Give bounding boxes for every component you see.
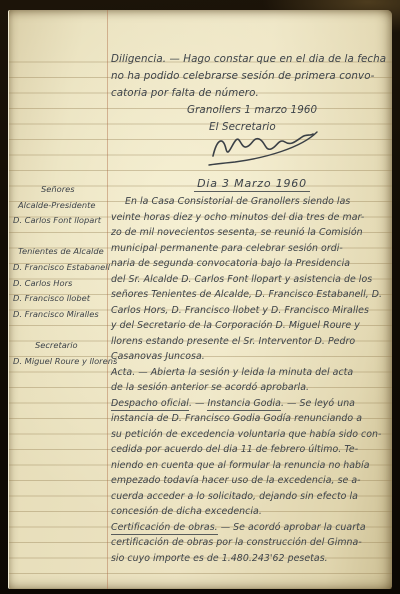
session-line: llorens estando presente el Sr. Interven… xyxy=(111,334,393,350)
attendee-group-title: Tenientes de Alcalde xyxy=(13,244,106,260)
attendees-header: Señores xyxy=(13,182,106,198)
session-line: Despacho oficial. — Instancia Godia. — S… xyxy=(111,396,393,412)
session-line: naria de segunda convocatoria bajo la Pr… xyxy=(111,256,393,272)
session-text: instancia de D. Francisco Godia Godía re… xyxy=(111,413,362,424)
session-text: niendo en cuenta que al formular la renu… xyxy=(111,460,370,471)
place-date: Granollers 1 marzo 1960 xyxy=(111,102,391,119)
session-line: instancia de D. Francisco Godia Godía re… xyxy=(111,411,393,427)
attendee-group-title: Secretario xyxy=(13,338,106,354)
session-line: niendo en cuenta que al formular la renu… xyxy=(111,458,393,474)
section-heading-text: Certificación de obras. xyxy=(111,522,218,535)
session-line: municipal permanente para celebrar sesió… xyxy=(111,241,393,257)
session-line: su petición de excedencia voluntaria que… xyxy=(111,427,393,443)
diligencia-line: no ha podido celebrarse sesión de primer… xyxy=(111,68,391,85)
attendee-name: D. Francisco Estabanell xyxy=(13,260,106,276)
session-line: veinte horas diez y ocho minutos del dia… xyxy=(111,210,393,226)
attendee-group-title: Alcalde-Presidente xyxy=(13,198,106,214)
session-line: Acta. — Abierta la sesión y leida la min… xyxy=(111,365,393,381)
section-heading-text: Despacho oficial xyxy=(111,398,189,411)
session-text: naria de segunda convocatoria bajo la Pr… xyxy=(111,258,350,269)
session-text: . — xyxy=(189,398,208,409)
session-line: y del Secretario de la Corporación D. Mi… xyxy=(111,318,393,334)
attendee-name: D. Carlos Hors xyxy=(13,276,106,292)
session-text: cuerda acceder a lo solicitado, dejando … xyxy=(111,491,358,502)
session-line: Casanovas Juncosa. xyxy=(111,349,393,365)
session-date-heading: Dia 3 Marzo 1960 xyxy=(111,177,393,193)
session-text: municipal permanente para celebrar sesió… xyxy=(111,243,343,254)
attendee-name: D. Carlos Font llopart xyxy=(13,213,106,229)
attendee-name: D. Francisco llobet xyxy=(13,291,106,307)
session-record: Dia 3 Marzo 1960 En la Casa Consistorial… xyxy=(111,177,393,566)
session-line: zo de mil novecientos sesenta, se reunió… xyxy=(111,225,393,241)
attendee-name: D. Miguel Roure y llorens xyxy=(13,354,106,370)
attendees-margin-column: SeñoresAlcalde-PresidenteD. Carlos Font … xyxy=(13,182,106,369)
session-text: — Se acordó aprobar la cuarta xyxy=(218,522,366,533)
attendee-name: D. Francisco Miralles xyxy=(13,307,106,323)
session-line: cuerda acceder a lo solicitado, dejando … xyxy=(111,489,393,505)
section-heading-text: Instancia Godia xyxy=(207,398,281,411)
session-text: y del Secretario de la Corporación D. Mi… xyxy=(111,320,360,331)
session-date-text: Dia 3 Marzo 1960 xyxy=(194,177,310,192)
session-text: . — Se leyó una xyxy=(281,398,355,409)
diligencia-line: Diligencia. — Hago constar que en el dia… xyxy=(111,51,391,68)
session-text: veinte horas diez y ocho minutos del dia… xyxy=(111,212,364,223)
diligencia-line: catoria por falta de número. xyxy=(111,85,391,102)
session-line: cedida por acuerdo del dia 11 de febrero… xyxy=(111,442,393,458)
session-text: En la Casa Consistorial de Granollers si… xyxy=(125,196,350,207)
session-text: concesión de dicha excedencia. xyxy=(111,506,262,517)
session-text: cedida por acuerdo del dia 11 de febrero… xyxy=(111,444,358,455)
session-line: de la sesión anterior se acordó aprobarl… xyxy=(111,380,393,396)
session-text: del Sr. Alcalde D. Carlos Font llopart y… xyxy=(111,274,372,285)
session-body: En la Casa Consistorial de Granollers si… xyxy=(111,194,393,566)
margin-rule-line xyxy=(107,10,108,589)
session-line: del Sr. Alcalde D. Carlos Font llopart y… xyxy=(111,272,393,288)
session-text: llorens estando presente el Sr. Interven… xyxy=(111,336,355,347)
session-line: Certificación de obras. — Se acordó apro… xyxy=(111,520,393,536)
session-text: señores Tenientes de Alcalde, D. Francis… xyxy=(111,289,382,300)
session-text: Carlos Hors, D. Francisco llobet y D. Fr… xyxy=(111,305,369,316)
session-line: concesión de dicha excedencia. xyxy=(111,504,393,520)
session-line: En la Casa Consistorial de Granollers si… xyxy=(111,194,393,210)
session-line: señores Tenientes de Alcalde, D. Francis… xyxy=(111,287,393,303)
session-text: empezado todavía hacer uso de la exceden… xyxy=(111,475,361,486)
session-text: certificación de obras por la construcci… xyxy=(111,537,362,548)
session-text: su petición de excedencia voluntaria que… xyxy=(111,429,381,440)
session-line: empezado todavía hacer uso de la exceden… xyxy=(111,473,393,489)
photo-backdrop: Diligencia. — Hago constar que en el dia… xyxy=(0,0,400,594)
notebook-page: Diligencia. — Hago constar que en el dia… xyxy=(8,10,392,589)
session-text: sio cuyo importe es de 1.480.243'62 pese… xyxy=(111,553,328,564)
session-text: Casanovas Juncosa. xyxy=(111,351,205,362)
session-text: zo de mil novecientos sesenta, se reunió… xyxy=(111,227,363,238)
diligencia-lines: Diligencia. — Hago constar que en el dia… xyxy=(111,51,391,102)
session-line: certificación de obras por la construcci… xyxy=(111,535,393,551)
session-line: sio cuyo importe es de 1.480.243'62 pese… xyxy=(111,551,393,567)
session-text: Acta. — Abierta la sesión y leida la min… xyxy=(111,367,353,378)
session-text: de la sesión anterior se acordó aprobarl… xyxy=(111,382,309,393)
session-line: Carlos Hors, D. Francisco llobet y D. Fr… xyxy=(111,303,393,319)
secretary-signature-icon xyxy=(205,124,323,170)
